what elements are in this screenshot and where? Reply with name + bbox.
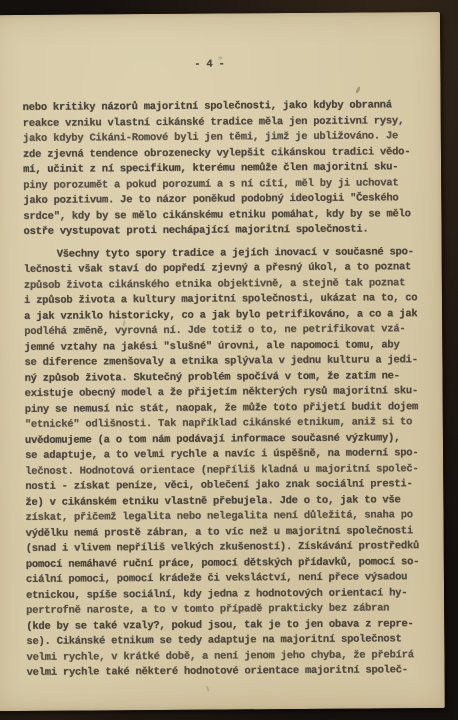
paper-speck xyxy=(218,57,222,60)
scan-backdrop: - 4 - nebo kritiky názorů majoritní spol… xyxy=(0,0,458,720)
typed-text-block: - 4 - nebo kritiky názorů majoritní spol… xyxy=(22,57,428,681)
text-line: ostře vystupovat proti nechápající major… xyxy=(23,222,425,240)
paragraph: Všechny tyto spory tradice a jejích inov… xyxy=(24,245,429,682)
paper-speck xyxy=(206,685,210,691)
paragraph: nebo kritiky názorů majoritní společnost… xyxy=(23,98,426,240)
paragraphs-container: nebo kritiky názorů majoritní společnost… xyxy=(23,98,429,681)
document-page: - 4 - nebo kritiky názorů majoritní spol… xyxy=(0,12,445,711)
text-line: velmi rychle také některé hodnotové orie… xyxy=(27,663,429,681)
page-number: - 4 - xyxy=(8,57,410,72)
